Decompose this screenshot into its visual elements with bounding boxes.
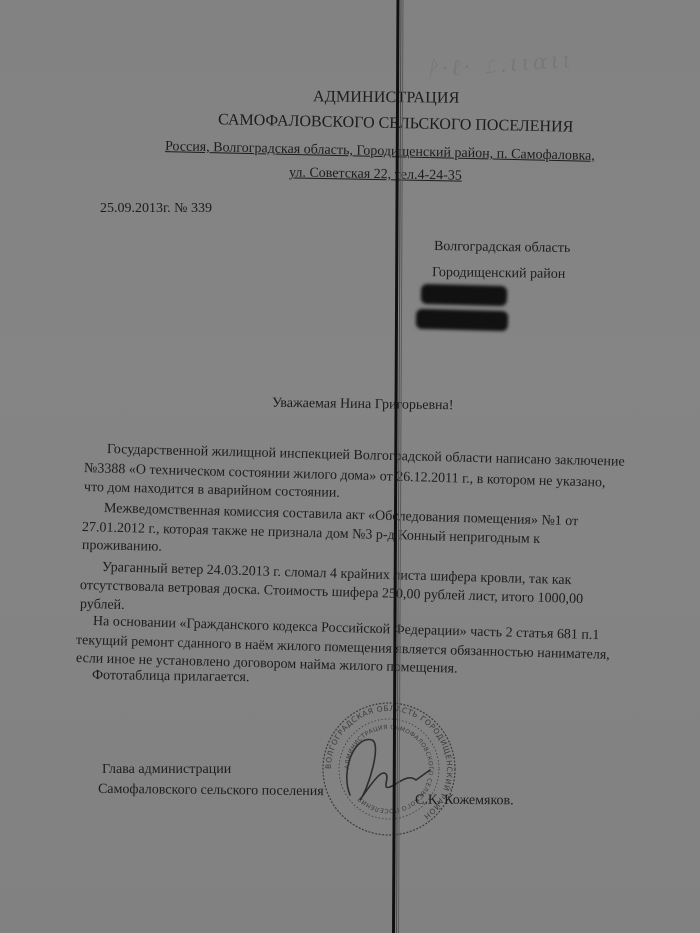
redaction-mark bbox=[416, 309, 508, 331]
svg-text:АДМИНИСТРАЦИЯ САМОФАЛОВСКОГО С: АДМИНИСТРАЦИЯ САМОФАЛОВСКОГО СЕЛЬСКОГО П… bbox=[344, 724, 434, 814]
scanned-letter-page: (illegible handwriting) ᚹ·ℓ· ℒ.ιιαιι АДМ… bbox=[0, 0, 700, 933]
greeting: Уважаемая Нина Григорьевна! bbox=[272, 396, 454, 415]
letterhead-address-line-1: Россия, Волгоградская область, Городищен… bbox=[165, 139, 595, 165]
recipient-region: Волгоградская область bbox=[434, 239, 570, 257]
letterhead-address-line-2: ул. Советская 22, тел.4-24-35 bbox=[289, 165, 462, 184]
body-line: Фототаблица прилагается. bbox=[92, 668, 250, 686]
handwritten-scribble: ᚹ·ℓ· ℒ.ιιαιι bbox=[424, 47, 574, 83]
redaction-mark bbox=[421, 284, 507, 306]
signatory-organization: Самофаловского сельского поселения bbox=[98, 782, 324, 800]
stamp-inner-text: АДМИНИСТРАЦИЯ САМОФАЛОВСКОГО СЕЛЬСКОГО П… bbox=[344, 724, 434, 814]
letter-date-number: 25.09.2013г. № 339 bbox=[100, 201, 212, 217]
letterhead-title: АДМИНИСТРАЦИЯ bbox=[313, 88, 460, 108]
official-stamp-icon: ВОЛГОГРАДСКАЯ ОБЛАСТЬ ГОРОДИЩЕНСКИЙ РАЙО… bbox=[320, 700, 458, 838]
signatory-title: Глава администрации bbox=[102, 762, 231, 778]
body-line: рублей. bbox=[80, 597, 125, 614]
body-line: проживанию. bbox=[82, 538, 162, 556]
recipient-district: Городищенский район bbox=[432, 265, 565, 283]
scan-fold-line bbox=[392, 0, 404, 933]
body-line: что дом находится в аварийном состоянии. bbox=[84, 480, 340, 502]
